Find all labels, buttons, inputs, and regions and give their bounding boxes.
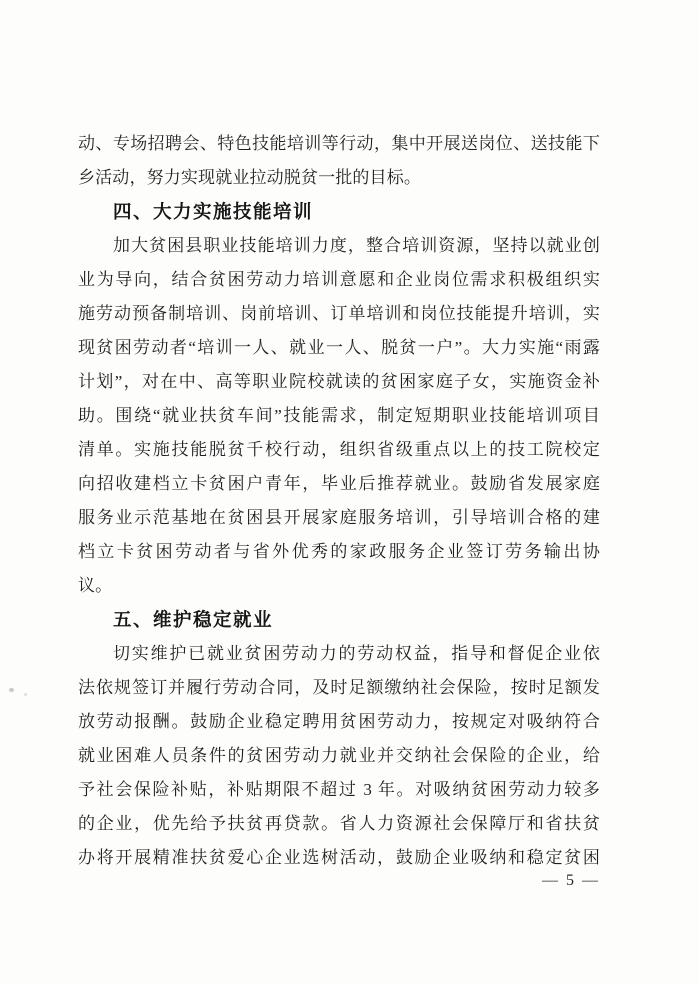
body-line: 加大贫困县职业技能培训力度，整合培训资源，坚持以就业创 <box>78 229 600 263</box>
body-line: 服务业示范基地在贫困县开展家庭服务培训，引导培训合格的建 <box>78 501 600 535</box>
body-line: 予社会保险补贴，补贴期限不超过 3 年。对吸纳贫困劳动力较多 <box>78 773 600 807</box>
body-line: 施劳动预备制培训、岗前培训、订单培训和岗位技能提升培训，实 <box>78 297 600 331</box>
body-line: 动、专场招聘会、特色技能培训等行动，集中开展送岗位、送技能下 <box>78 127 600 161</box>
scan-speck <box>9 688 14 692</box>
section-heading-4: 四、大力实施技能培训 <box>78 195 600 229</box>
body-line: 议。 <box>78 569 600 603</box>
body-line: 办将开展精准扶贫爱心企业选树活动，鼓励企业吸纳和稳定贫困 <box>78 841 600 875</box>
body-line: 档立卡贫困劳动者与省外优秀的家政服务企业签订劳务输出协 <box>78 535 600 569</box>
body-line: 助。围绕“就业扶贫车间”技能需求，制定短期职业技能培训项目 <box>78 399 600 433</box>
body-line: 乡活动，努力实现就业拉动脱贫一批的目标。 <box>78 161 600 195</box>
text-block: 动、专场招聘会、特色技能培训等行动，集中开展送岗位、送技能下 乡活动，努力实现就… <box>78 127 600 875</box>
body-line: 的企业，优先给予扶贫再贷款。省人力资源社会保障厅和省扶贫 <box>78 807 600 841</box>
body-line: 切实维护已就业贫困劳动力的劳动权益，指导和督促企业依 <box>78 637 600 671</box>
scan-speck <box>24 693 27 696</box>
body-line: 清单。实施技能脱贫千校行动，组织省级重点以上的技工院校定 <box>78 433 600 467</box>
page-number: — 5 — <box>78 872 600 890</box>
body-line: 业为导向，结合贫困劳动力培训意愿和企业岗位需求积极组织实 <box>78 263 600 297</box>
document-page: 动、专场招聘会、特色技能培训等行动，集中开展送岗位、送技能下 乡活动，努力实现就… <box>0 0 699 985</box>
body-line: 就业困难人员条件的贫困劳动力就业并交纳社会保险的企业，给 <box>78 739 600 773</box>
body-line: 向招收建档立卡贫困户青年，毕业后推荐就业。鼓励省发展家庭 <box>78 467 600 501</box>
body-line: 放劳动报酬。鼓励企业稳定聘用贫困劳动力，按规定对吸纳符合 <box>78 705 600 739</box>
body-line: 法依规签订并履行劳动合同，及时足额缴纳社会保险，按时足额发 <box>78 671 600 705</box>
section-heading-5: 五、维护稳定就业 <box>78 603 600 637</box>
body-line: 计划”，对在中、高等职业院校就读的贫困家庭子女，实施资金补 <box>78 365 600 399</box>
body-line: 现贫困劳动者“培训一人、就业一人、脱贫一户”。大力实施“雨露 <box>78 331 600 365</box>
